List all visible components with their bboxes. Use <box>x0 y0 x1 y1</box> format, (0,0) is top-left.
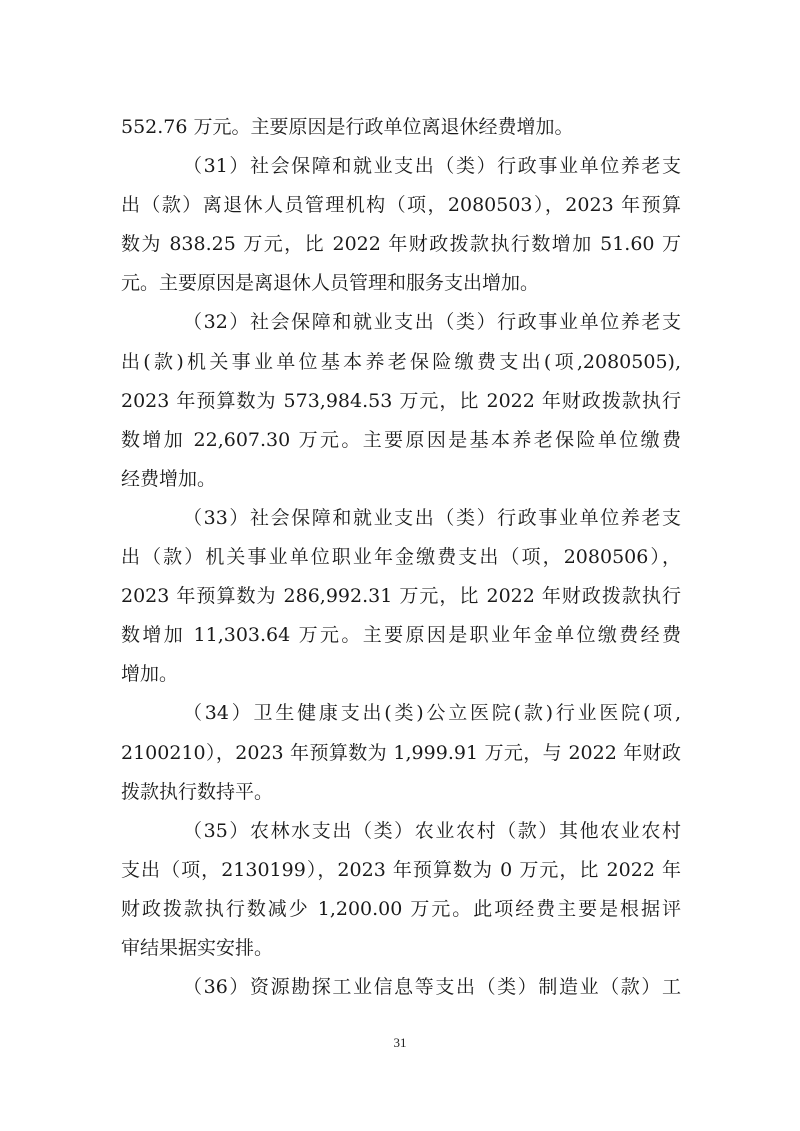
text-line: 数增加 11,303.64 万元。主要原因是职业年金单位缴费经费 <box>121 616 681 655</box>
text-line: 拨款执行数持平。 <box>121 773 681 812</box>
text-line: 2100210），2023 年预算数为 1,999.91 万元，与 2022 年… <box>121 734 681 773</box>
text-line: 2023 年预算数为 286,992.31 万元，比 2022 年财政拨款执行 <box>121 577 681 616</box>
text-line: 经费增加。 <box>121 460 681 499</box>
paragraph-34-start: （34）卫生健康支出(类)公立医院(款)行业医院(项, <box>121 694 681 733</box>
text-line: 出(款)机关事业单位基本养老保险缴费支出(项,2080505), <box>121 343 681 382</box>
text-line: 审结果据实安排。 <box>121 929 681 968</box>
page-number: 31 <box>0 1035 800 1051</box>
text-line: 支出（项，2130199），2023 年预算数为 0 万元，比 2022 年 <box>121 851 681 890</box>
text-line: 元。主要原因是离退休人员管理和服务支出增加。 <box>121 264 681 303</box>
paragraph-36-start: （36）资源勘探工业信息等支出（类）制造业（款）工 <box>121 968 681 1007</box>
text-line: 出（款）机关事业单位职业年金缴费支出（项，2080506）， <box>121 538 681 577</box>
paragraph-35-start: （35）农林水支出（类）农业农村（款）其他农业农村 <box>121 812 681 851</box>
text-line: 增加。 <box>121 655 681 694</box>
text-line: 数增加 22,607.30 万元。主要原因是基本养老保险单位缴费 <box>121 421 681 460</box>
paragraph-31-start: （31）社会保障和就业支出（类）行政事业单位养老支 <box>121 147 681 186</box>
text-line: 数为 838.25 万元，比 2022 年财政拨款执行数增加 51.60 万 <box>121 225 681 264</box>
text-line: 552.76 万元。主要原因是行政单位离退休经费增加。 <box>121 108 681 147</box>
paragraph-32-start: （32）社会保障和就业支出（类）行政事业单位养老支 <box>121 303 681 342</box>
paragraph-33-start: （33）社会保障和就业支出（类）行政事业单位养老支 <box>121 499 681 538</box>
text-line: 财政拨款执行数减少 1,200.00 万元。此项经费主要是根据评 <box>121 890 681 929</box>
body-text: 552.76 万元。主要原因是行政单位离退休经费增加。 （31）社会保障和就业支… <box>121 108 681 1007</box>
text-line: 出（款）离退休人员管理机构（项，2080503），2023 年预算 <box>121 186 681 225</box>
document-page: 552.76 万元。主要原因是行政单位离退休经费增加。 （31）社会保障和就业支… <box>0 0 800 1131</box>
text-line: 2023 年预算数为 573,984.53 万元，比 2022 年财政拨款执行 <box>121 382 681 421</box>
